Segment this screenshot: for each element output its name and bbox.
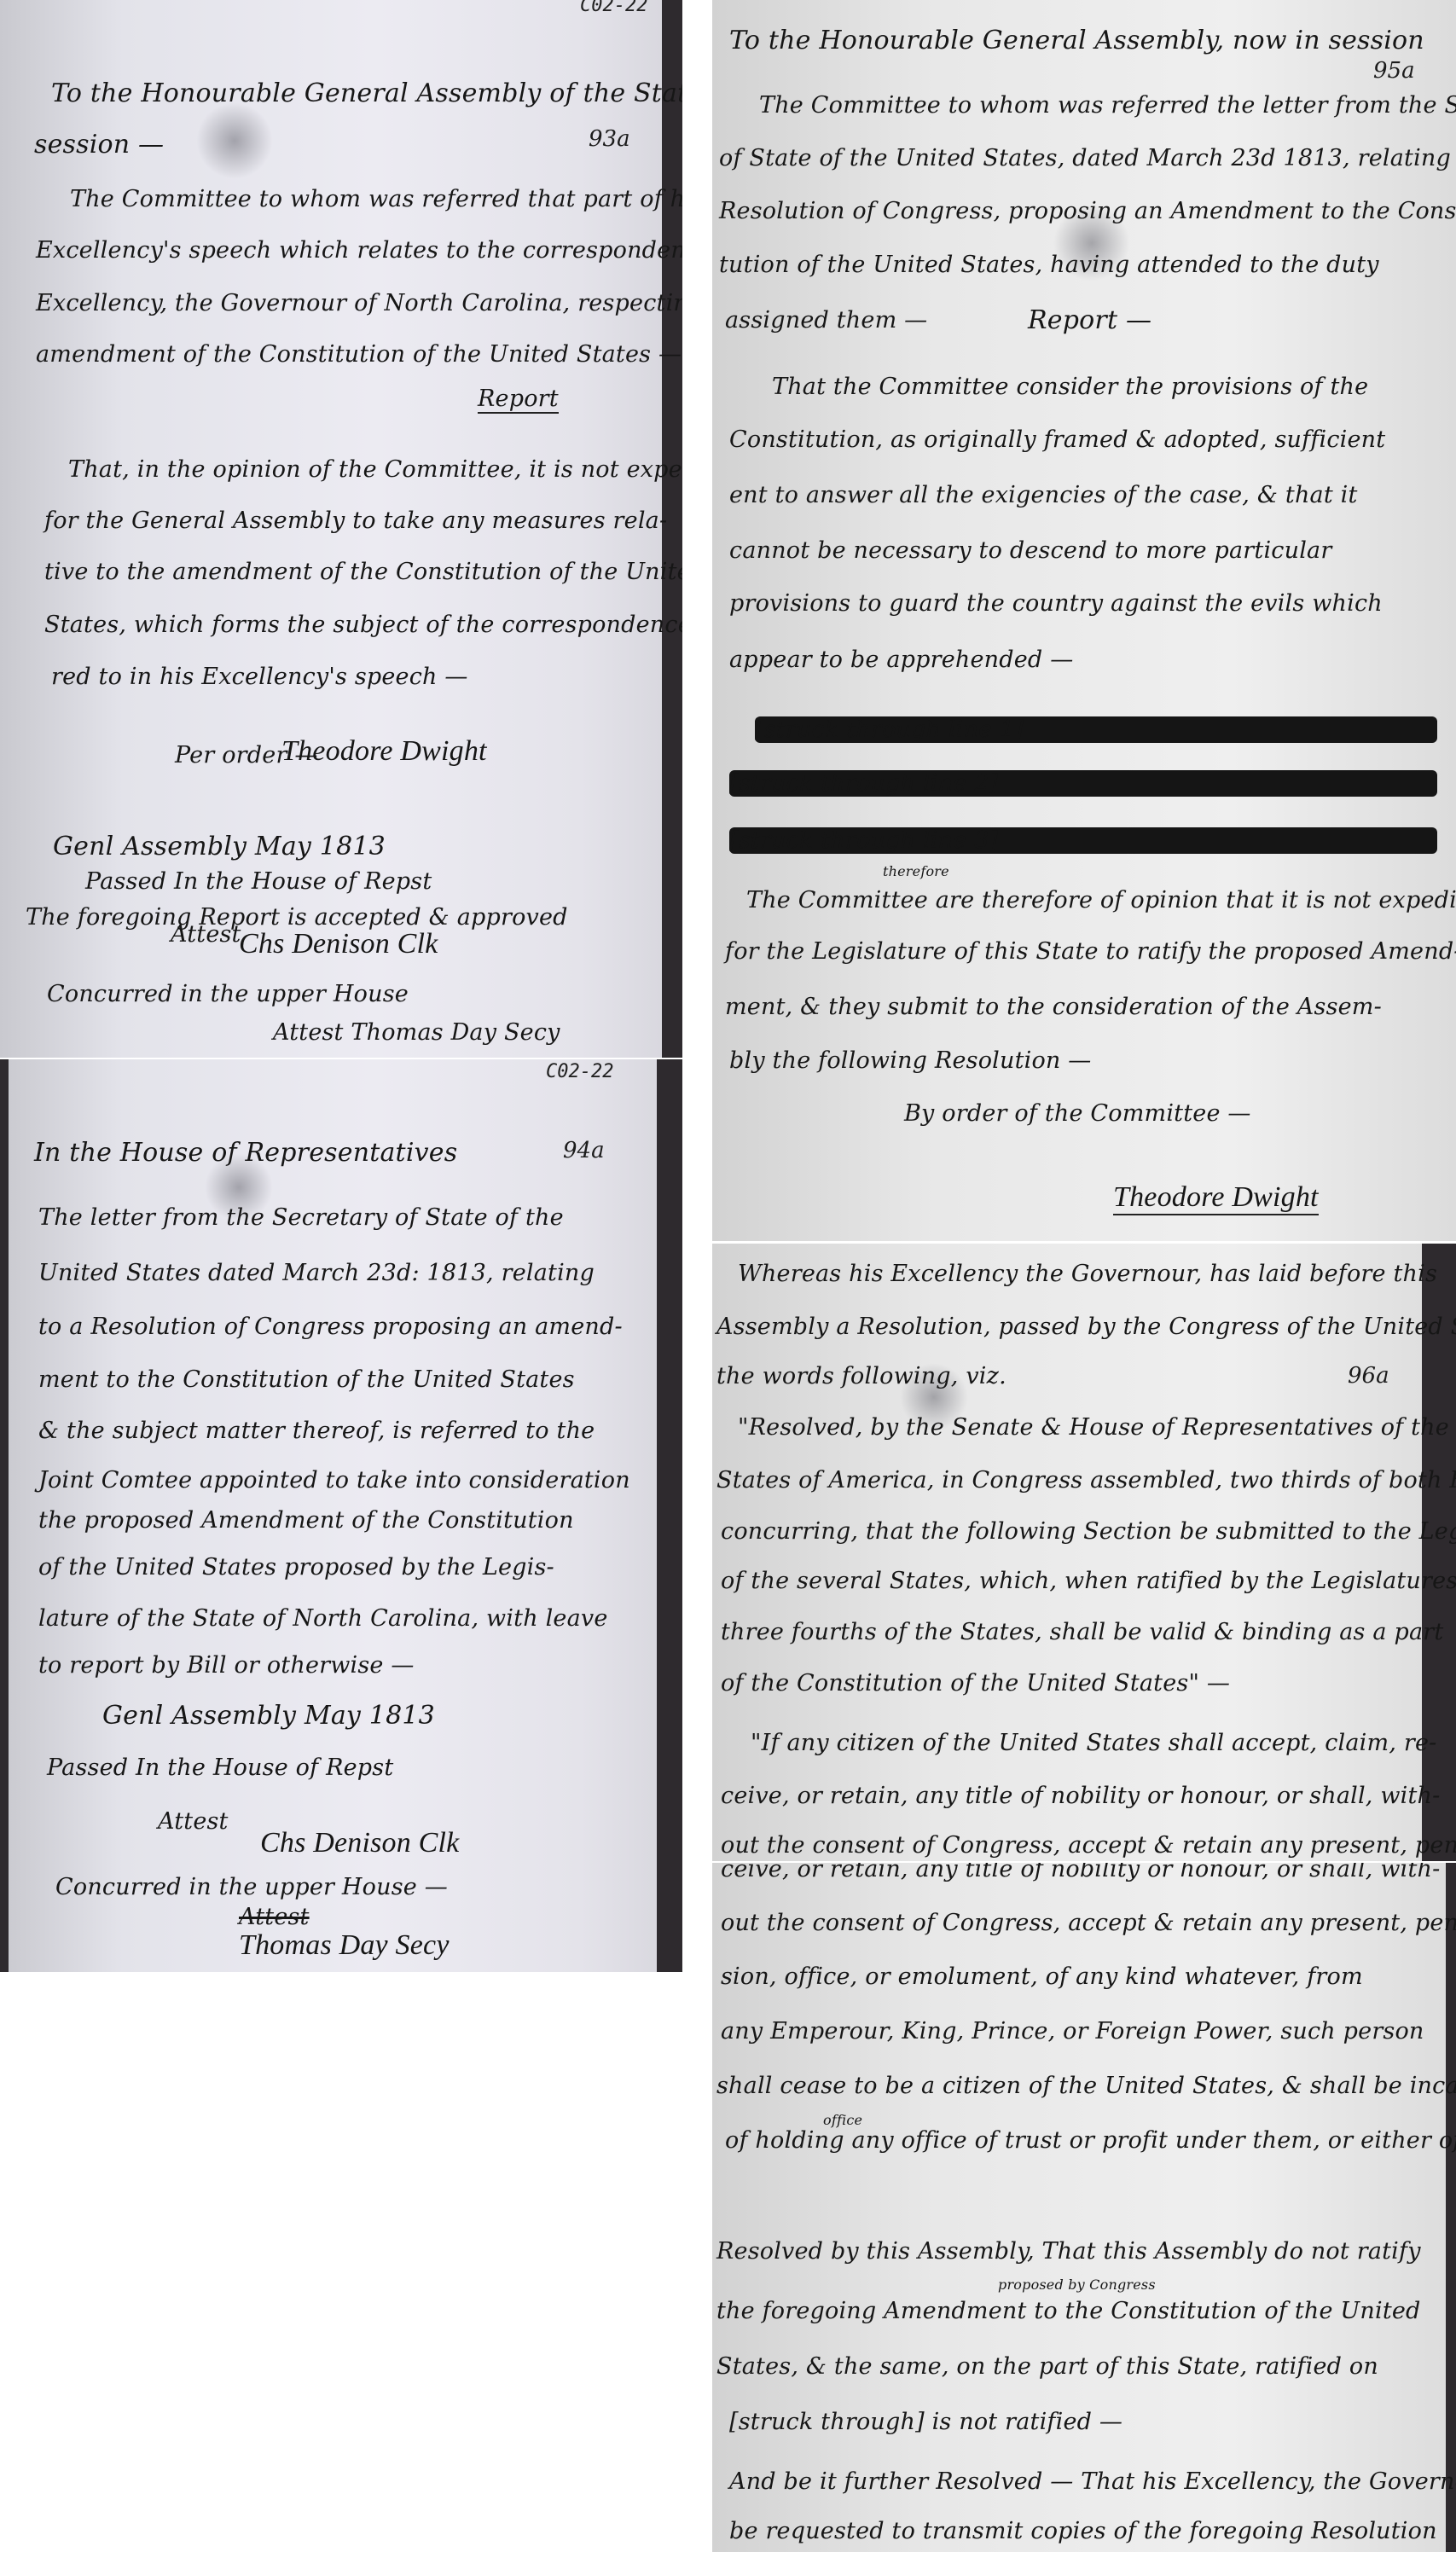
text-line: red to in his Excellency's speech —: [51, 664, 468, 690]
interlinear-insertion: office: [823, 2112, 862, 2128]
signature-denison: Chs Denison Clk: [239, 928, 438, 960]
page-edge-shadow: [0, 1059, 9, 1972]
text-line: Resolution of Congress, proposing an Ame…: [719, 198, 1456, 224]
text-line: to report by Bill or otherwise —: [38, 1652, 415, 1679]
text-line: lature of the State of North Carolina, w…: [38, 1605, 608, 1632]
folio-number: 95a: [1373, 58, 1415, 84]
report-heading: Report: [478, 386, 559, 414]
text-line: States, which forms the subject of the c…: [44, 612, 682, 638]
text-line: appear to be apprehended —: [729, 647, 1073, 673]
text-line: Whereas his Excellency the Governour, ha…: [738, 1261, 1437, 1287]
folio-number: 94a: [563, 1138, 605, 1163]
page-edge-shadow: [1446, 1863, 1456, 2552]
struck-line: [struck through line 3]: [729, 827, 1437, 854]
interlinear-insertion: proposed by Congress: [998, 2276, 1156, 2293]
folio-number: 93a: [589, 126, 630, 152]
text-line: any Emperour, King, Prince, or Foreign P…: [721, 2018, 1424, 2044]
text-line: States of America, in Congress assembled…: [716, 1467, 1456, 1493]
text-line: ent to answer all the exigencies of the …: [729, 482, 1358, 508]
text-line: Concurred in the upper House —: [55, 1874, 448, 1900]
text-line: Constitution, as originally framed & ado…: [729, 426, 1385, 453]
text-line: tution of the United States, having atte…: [719, 252, 1379, 278]
text-line: of the Constitution of the United States…: [721, 1670, 1230, 1696]
signature-theodore-dwight: Theodore Dwight: [281, 735, 487, 768]
text-line: out the consent of Congress, accept & re…: [721, 1910, 1456, 1936]
text-line: The letter from the Secretary of State o…: [38, 1204, 564, 1231]
text-line: shall cease to be a citizen of the Unite…: [716, 2073, 1456, 2099]
text-line: ceive, or retain, any title of nobility …: [721, 1863, 1440, 1882]
text-line: Genl Assembly May 1813: [102, 1701, 435, 1731]
text-line: to a Resolution of Congress proposing an…: [38, 1314, 623, 1340]
text-line: for the General Assembly to take any mea…: [44, 507, 667, 534]
text-line: tive to the amendment of the Constitutio…: [44, 559, 682, 585]
text-line: provisions to guard the country against …: [729, 590, 1383, 617]
manuscript-page-94a: C02-22 94a In the House of Representativ…: [0, 1059, 682, 1972]
text-line: To the Honourable General Assembly, now …: [729, 26, 1424, 55]
text-line: concurring, that the following Section b…: [721, 1518, 1456, 1545]
signature-theodore-dwight: Theodore Dwight: [1113, 1181, 1319, 1215]
text-line: cannot be necessary to descend to more p…: [729, 537, 1331, 564]
text-line: the foregoing Amendment to the Constitut…: [716, 2298, 1421, 2324]
text-line: The Committee are therefore of opinion t…: [746, 887, 1456, 913]
text-line: The Committee to whom was referred that …: [70, 186, 682, 212]
text-line: of holding any office of trust or profit…: [725, 2127, 1456, 2154]
text-line: Resolved by this Assembly, That this Ass…: [716, 2238, 1421, 2265]
text-line: assigned them —: [725, 307, 927, 333]
interlinear-insertion: therefore: [883, 863, 949, 879]
text-line: ceive, or retain, any title of nobility …: [721, 1783, 1440, 1809]
manuscript-page-96a-continued: ceive, or retain, any title of nobility …: [712, 1863, 1456, 2552]
text-line: By order of the Committee —: [904, 1100, 1251, 1127]
text-line: out the consent of Congress, accept & re…: [721, 1832, 1456, 1859]
text-line: ment, & they submit to the consideration…: [725, 994, 1382, 1020]
text-line: States, & the same, on the part of this …: [716, 2353, 1378, 2380]
text-line: the words following, viz.: [716, 1363, 1006, 1389]
text-line: That, in the opinion of the Committee, i…: [68, 456, 682, 483]
text-line: Attest: [158, 1808, 229, 1835]
text-line: be requested to transmit copies of the f…: [729, 2518, 1437, 2544]
text-line: Passed In the House of Repst: [47, 1754, 393, 1781]
catalog-number: C02-22: [546, 1061, 613, 1082]
manuscript-page-96a: 96a Whereas his Excellency the Governour…: [712, 1244, 1456, 1861]
text-line: of the several States, which, when ratif…: [721, 1568, 1456, 1594]
catalog-number: C02-22: [580, 0, 647, 16]
text-line: That the Committee consider the provisio…: [772, 374, 1368, 400]
text-line: [struck through] is not ratified —: [729, 2409, 1122, 2435]
text-line: & the subject matter thereof, is referre…: [38, 1418, 595, 1444]
text-line: for the Legislature of this State to rat…: [725, 938, 1456, 965]
text-line: Attest: [239, 1904, 310, 1930]
text-line: three fourths of the States, shall be va…: [721, 1619, 1443, 1645]
struck-line: [struck through line 2]: [729, 770, 1437, 797]
text-line: ment to the Constitution of the United S…: [38, 1366, 575, 1393]
folio-number: 96a: [1348, 1363, 1389, 1389]
text-line: of the United States proposed by the Leg…: [38, 1554, 554, 1580]
struck-line: [struck through line 1]: [755, 716, 1437, 743]
text-line: sion, office, or emolument, of any kind …: [721, 1963, 1363, 1990]
text-line: The Committee to whom was referred the l…: [759, 92, 1456, 119]
text-line: Attest Thomas Day Secy: [273, 1019, 560, 1046]
text-line: Excellency, the Governour of North Carol…: [36, 290, 682, 316]
text-line: bly the following Resolution —: [729, 1047, 1092, 1074]
text-line: Excellency's speech which relates to the…: [36, 237, 682, 264]
signature-thomas-day: Thomas Day Secy: [239, 1929, 450, 1962]
text-line: Attest: [171, 921, 241, 948]
report-heading: Report —: [1028, 305, 1151, 335]
manuscript-page-93a: C02-22 93a To the Honourable General Ass…: [0, 0, 682, 1058]
text-line: Assembly a Resolution, passed by the Con…: [716, 1314, 1456, 1340]
text-line: Concurred in the upper House: [47, 981, 409, 1007]
text-line: Genl Assembly May 1813: [53, 832, 386, 861]
manuscript-page-95a: 95a To the Honourable General Assembly, …: [712, 0, 1456, 1241]
text-line: of State of the United States, dated Mar…: [719, 145, 1456, 171]
text-line: United States dated March 23d: 1813, rel…: [38, 1260, 595, 1286]
text-line: Joint Comtee appointed to take into cons…: [38, 1467, 630, 1493]
text-line: session —: [34, 130, 164, 159]
text-line: In the House of Representatives: [34, 1138, 457, 1168]
text-line: And be it further Resolved — That his Ex…: [729, 2468, 1456, 2495]
signature-denison: Chs Denison Clk: [260, 1827, 459, 1859]
text-line: "If any citizen of the United States sha…: [751, 1730, 1437, 1756]
text-line: amendment of the Constitution of the Uni…: [36, 341, 682, 368]
page-edge-shadow: [657, 1059, 682, 1972]
text-line: Passed In the House of Repst: [85, 868, 432, 895]
text-line: To the Honourable General Assembly of th…: [51, 78, 682, 108]
text-line: the proposed Amendment of the Constituti…: [38, 1507, 574, 1534]
text-line: The foregoing Report is accepted & appro…: [26, 904, 568, 931]
ink-smudge: [196, 102, 273, 179]
text-line: "Resolved, by the Senate & House of Repr…: [738, 1414, 1456, 1441]
